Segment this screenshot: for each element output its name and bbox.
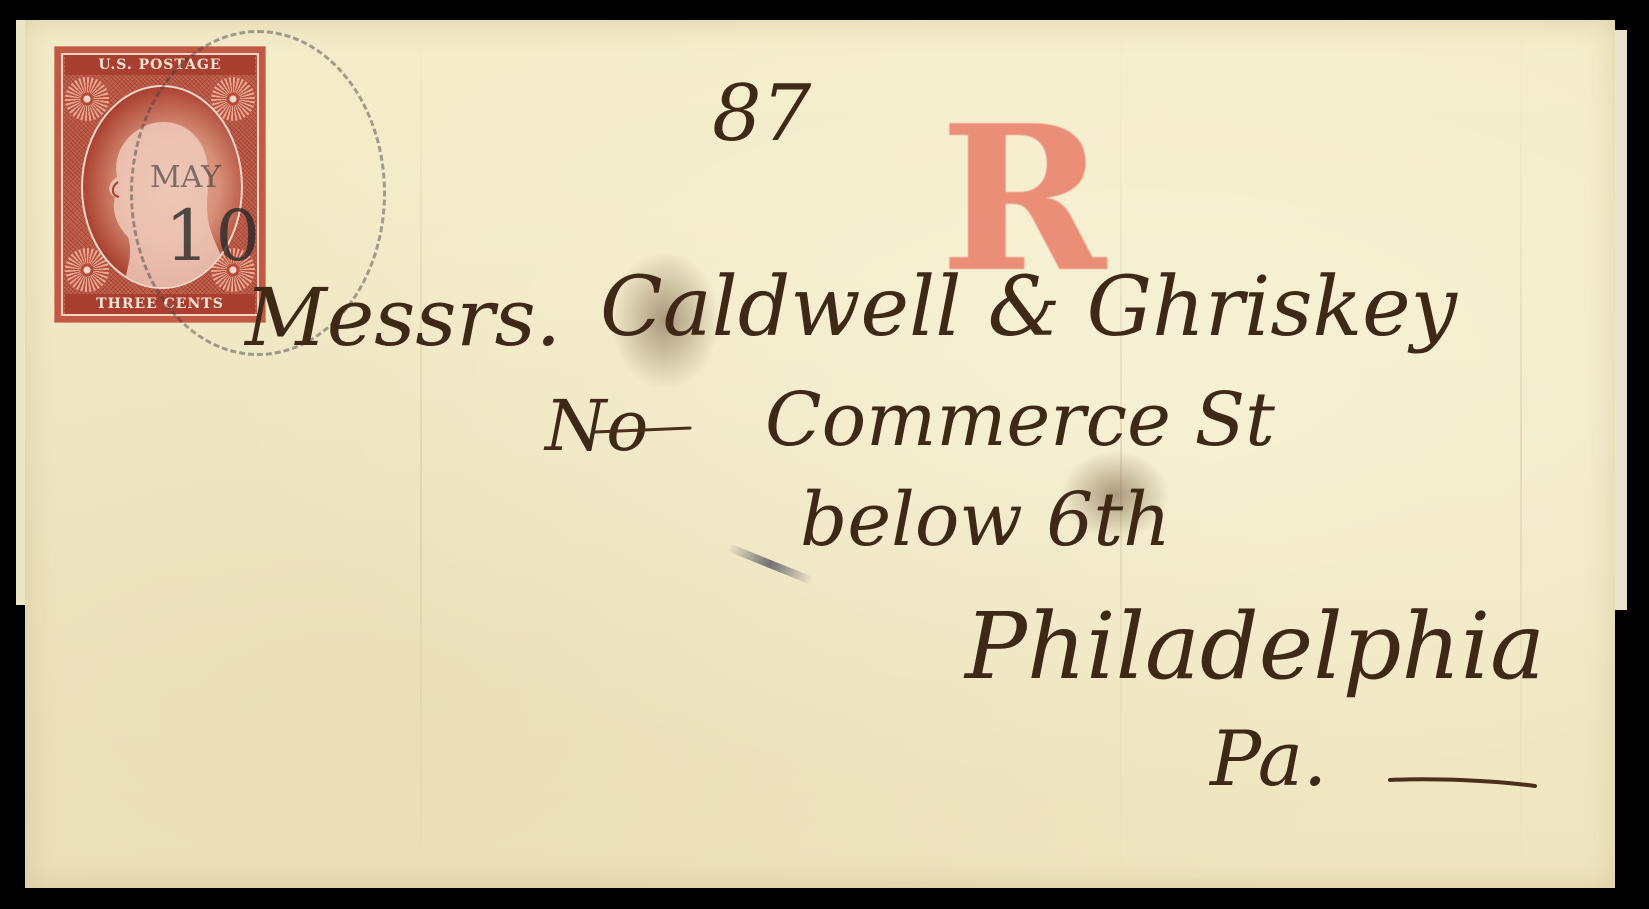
address-state: Pa. [1208, 714, 1327, 803]
address-cross-street: below 6th [800, 477, 1171, 563]
address-city: Philadelphia [963, 593, 1545, 700]
address-recipient: Caldwell & Ghriskey [600, 260, 1459, 355]
handwritten-address: 87 Messrs. Caldwell & Ghriskey No Commer… [0, 0, 1649, 909]
address-prefix: Messrs. [243, 271, 561, 364]
address-struck-number: No [543, 385, 648, 467]
underline-flourish [1390, 779, 1535, 786]
address-street: Commerce St [765, 377, 1275, 463]
docket-number: 87 [712, 69, 812, 159]
